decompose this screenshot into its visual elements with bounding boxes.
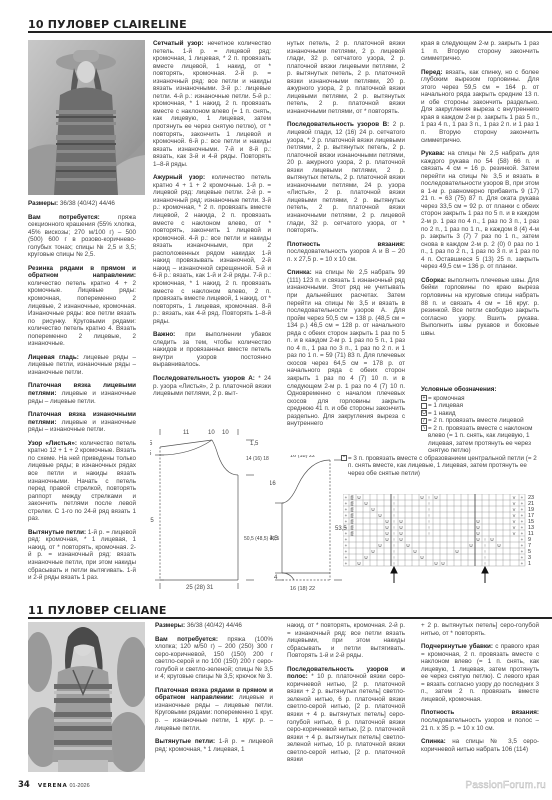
dim-right-top: 1,5 [250,441,259,447]
legend-item-cdd: ^= 3 п. провязать вместе с образованием … [341,455,541,478]
svg-text:+: + [521,537,524,542]
svg-text:U: U [357,561,360,566]
svg-text:U: U [469,543,472,548]
svg-text:↑: ↑ [393,525,395,530]
svg-text:U: U [497,543,500,548]
svg-text:U: U [385,519,388,524]
svg-text:↑: ↑ [428,507,430,512]
svg-text:U: U [399,525,402,530]
svg-text:U: U [476,525,479,530]
sequence-b-paragraph: Последовательность узоров В: 2 р. лицево… [287,121,405,234]
p11-gauge-paragraph: Плотность вязания: последовательность уз… [421,709,539,732]
svg-text:⋎: ⋎ [512,507,516,512]
pattern10-col2: Сетчатый узор: нечетное количество петел… [153,40,271,404]
page-footer: 34 VERENA 01-2026 [18,780,90,790]
edge-stitch-icon: + [421,395,427,401]
svg-text:U: U [378,513,381,518]
svg-text:↑: ↑ [393,501,395,506]
svg-text:↑: ↑ [393,549,395,554]
pattern11-col2: Размеры: 36/38 (40/42) 44/46 Вам потребу… [155,622,273,759]
assembly-paragraph: Сборка: выполнить плечевые швы. Для бейк… [421,277,539,337]
svg-text:+: + [521,555,524,560]
svg-text:+: + [345,537,348,542]
svg-text:+: + [345,513,348,518]
svg-text:⋎: ⋎ [512,519,516,524]
ssk-icon: \ [421,425,427,431]
pattern11-photo [28,622,145,772]
legend-item-k2tog: /= 2 п. провязать вместе лицевой [421,417,541,425]
svg-text:U: U [385,537,388,542]
svg-text:U: U [371,507,374,512]
pattern10-title: 10 ПУЛОВЕР CLAIRELINE [28,18,187,31]
svg-text:U: U [441,561,444,566]
svg-text:+: + [521,495,524,500]
sequence-a-continued: нутых петель, 2 р. платочной вязки изнан… [287,40,405,115]
dim-shoulder: 11 [183,430,190,436]
symbols-legend: Условные обозначения: += кромочная = 1 л… [421,386,541,477]
svg-text:⋎: ⋎ [512,531,516,536]
svg-text:U: U [455,549,458,554]
mesh-pattern-paragraph: Сетчатый узор: нечетное количество петел… [153,40,271,168]
svg-text:↑: ↑ [393,537,395,542]
svg-text:↑: ↑ [393,531,395,536]
p11-sequence-continued: + 2 р. вытянутых петель] серо-голубой ни… [421,622,539,637]
issue-label: 01-2026 [69,783,89,789]
svg-text:U: U [378,543,381,548]
leaves-knitting-chart: ++++++++++++ ++++++++++++ ⋚⋚⋚⋚⋚⋚⋚ ⋎⋎⋎⋎⋎⋎… [343,494,543,589]
garter-knit-paragraph: Платочная вязка лицевыми петлями: лицевы… [28,382,136,405]
svg-text:U: U [476,519,479,524]
dim-neck: 10 [208,430,215,436]
legend-title: Условные обозначения: [421,386,541,394]
svg-text:↑: ↑ [393,513,395,518]
rib-paragraph: Резинка рядами в прямом и обратном напра… [28,265,136,348]
dim-left-top: 1,5 [150,441,153,447]
svg-text:↑: ↑ [428,513,430,518]
svg-text:U: U [406,543,409,548]
svg-text:⋚: ⋚ [350,524,354,531]
svg-text:U: U [399,537,402,542]
svg-text:↑: ↑ [393,507,395,512]
pattern10-col4: края в следующем 2-м р. закрыть 1 раз 1 … [421,40,539,343]
dim-shoulder-right: 10 [222,430,229,436]
svg-text:+: + [521,531,524,536]
svg-text:+: + [521,501,524,506]
p11-back-paragraph: Спинка: на спицы № 3,5 серо-коричневой н… [421,738,539,753]
sleeves-paragraph: Рукава: на спицы № 2,5 набрать для каждо… [421,150,539,271]
gauge-paragraph: Плотность вязания: последовательность уз… [287,241,405,264]
svg-text:+: + [521,543,524,548]
svg-text:U: U [399,531,402,536]
dim-sleeve-bottom: 16 (18) 22 [290,586,315,592]
svg-text:+: + [345,549,348,554]
svg-text:U: U [364,555,367,560]
pattern10-col1: Размеры: 36/38 (40/42) 44/46 Вам потребу… [28,200,136,588]
dim-left-neck: 5 [150,451,152,457]
dim-sleeve-top: 16 (18) 22 [290,455,315,459]
svg-text:⋚: ⋚ [350,506,354,513]
svg-text:↑: ↑ [428,531,430,536]
svg-text:U: U [399,519,402,524]
svg-text:+: + [521,513,524,518]
svg-text:+: + [521,507,524,512]
watermark: PassionForum.ru [465,780,546,791]
svg-text:↑: ↑ [484,555,486,560]
svg-text:↑: ↑ [393,555,395,560]
lace-pattern-paragraph: Ажурный узор: количество петель кратно 4… [153,174,271,325]
svg-text:U: U [420,495,423,500]
p11-materials-paragraph: Вам потребуется: пряжа (100% хлопка; 120… [155,636,273,681]
svg-text:↑: ↑ [428,495,430,500]
svg-text:U: U [371,549,374,554]
svg-text:U: U [413,549,416,554]
sizes-paragraph: Размеры: 36/38 (40/42) 44/46 [28,200,136,208]
svg-text:⋚: ⋚ [350,530,354,537]
svg-text:U: U [476,537,479,542]
svg-text:↑: ↑ [484,549,486,554]
svg-text:⋎: ⋎ [512,495,516,500]
svg-text:+: + [345,561,348,566]
dim-sleeve-length: 33,5 [270,536,278,542]
important-note-paragraph: Важно: при выполнении убавок следить за … [153,331,271,369]
pattern11-title-rule [28,617,552,619]
svg-text:↑: ↑ [393,543,395,548]
dim-neck-depth: 4 (7) [206,425,217,426]
svg-text:+: + [345,531,348,536]
svg-text:⋚: ⋚ [350,500,354,507]
svg-text:U: U [385,531,388,536]
svg-text:↑: ↑ [428,501,430,506]
svg-text:↑: ↑ [393,495,395,500]
legend-item-edge: += кромочная [421,395,541,403]
svg-text:⋚: ⋚ [350,512,354,519]
sequence-a-paragraph: Последовательность узоров А: * 24 р. узо… [153,375,271,398]
svg-text:+: + [521,519,524,524]
svg-text:U: U [490,537,493,542]
body-schematic: 11 10 10 4 (7) 1,5 5 59,5 1,5 14 (16) 18… [150,425,280,605]
p11-elongated-continued: накид, от * повторять, кромочная. 2-й р.… [287,622,405,660]
dim-armhole: 14 (16) 18 [246,456,269,462]
pattern10-col3: нутых петель, 2 р. платочной вязки изнан… [287,40,405,434]
svg-text:+: + [521,561,524,566]
front-paragraph: Перед: вязать, как спинку, но с более гл… [421,69,539,144]
dim-width: 25 (28) 31 [186,585,214,591]
svg-text:U: U [434,495,437,500]
svg-text:↑: ↑ [428,519,430,524]
sleeve-schematic: 16 (18) 22 16 33,5 4 53,5 16 (18) 22 [270,455,350,605]
pattern10-photo [28,40,145,195]
pattern11-col4: + 2 р. вытянутых петель] серо-голубой ни… [421,622,539,759]
svg-text:↑: ↑ [484,543,486,548]
svg-text:⋎: ⋎ [512,513,516,518]
leaves-pattern-paragraph: Узор «Листья»: количество петель кратно … [28,440,136,523]
legend-item-ssk: \= 2 п. провязать вместе с наклоном влев… [421,425,541,455]
p11-elongated-paragraph: Вытянутые петли: 1-й р. = лицевой ряд: к… [155,738,273,753]
svg-text:+: + [345,501,348,506]
svg-text:↑: ↑ [393,561,395,566]
stockinette-paragraph: Лицевая гладь: лицевые ряды – лицевые пе… [28,354,136,377]
svg-text:⋎: ⋎ [512,525,516,530]
knit-stitch-icon [421,403,427,409]
p11-sizes-paragraph: Размеры: 36/38 (40/42) 44/46 [155,622,273,630]
svg-text:+: + [521,525,524,530]
k2tog-icon: / [421,418,427,424]
repeat-arrow-icon [391,567,488,583]
svg-text:↑: ↑ [484,561,486,566]
pattern11-title: 11 ПУЛОВЕР CELIANE [28,604,167,617]
svg-text:U: U [476,531,479,536]
page-number: 34 [18,780,30,790]
svg-text:⋎: ⋎ [512,501,516,506]
svg-text:U: U [357,495,360,500]
svg-text:+: + [345,555,348,560]
back-paragraph: Спинка: на спицы № 2,5 набрать 99 (111) … [287,269,405,427]
p11-decreases-paragraph: Подчеркнутые убавки: с правого края = кр… [421,643,539,703]
p11-stripe-sequence-paragraph: Последовательность узоров и полос: * 10 … [287,666,405,764]
svg-text:↑: ↑ [484,537,486,542]
svg-text:U: U [420,555,423,560]
p11-garter-paragraph: Платочная вязка рядами в прямом и обратн… [155,687,273,732]
garter-purl-paragraph: Платочная вязка изнаночными петлями: лиц… [28,411,136,434]
svg-text:⋚: ⋚ [350,494,354,501]
svg-text:+: + [345,507,348,512]
svg-text:↑: ↑ [393,519,395,524]
svg-text:+: + [345,525,348,530]
magazine-name: VERENA [38,783,68,789]
svg-text:U: U [385,525,388,530]
elongated-stitches-paragraph: Вытянутые петли: 1-й р. = лицевой ряд: к… [28,529,136,582]
pattern10-title-rule [28,31,552,33]
dim-sleeve-cap: 16 [270,481,276,487]
svg-text:+: + [345,543,348,548]
materials-paragraph: Вам потребуется: пряжа секционного краше… [28,214,136,259]
back-continued: края в следующем 2-м р. закрыть 1 раз 1 … [421,40,539,63]
svg-text:U: U [434,561,437,566]
svg-text:+: + [521,549,524,554]
svg-text:+: + [345,519,348,524]
magazine-page: 10 ПУЛОВЕР CLAIRELINE Размеры: 36/38 (40… [0,0,552,800]
svg-text:↑: ↑ [428,525,430,530]
legend-item-knit: = 1 лицевая [421,402,541,410]
yarn-over-icon: U [421,410,427,416]
svg-text:U: U [364,501,367,506]
svg-text:⋚: ⋚ [350,518,354,525]
svg-text:+: + [345,495,348,500]
chart-row-1: 1 [528,561,531,567]
dim-left-length: 59,5 [150,518,154,524]
legend-item-yarnover: U= 1 накид [421,410,541,418]
pattern11-col3: накид, от * повторять, кромочная. 2-й р.… [287,622,405,770]
